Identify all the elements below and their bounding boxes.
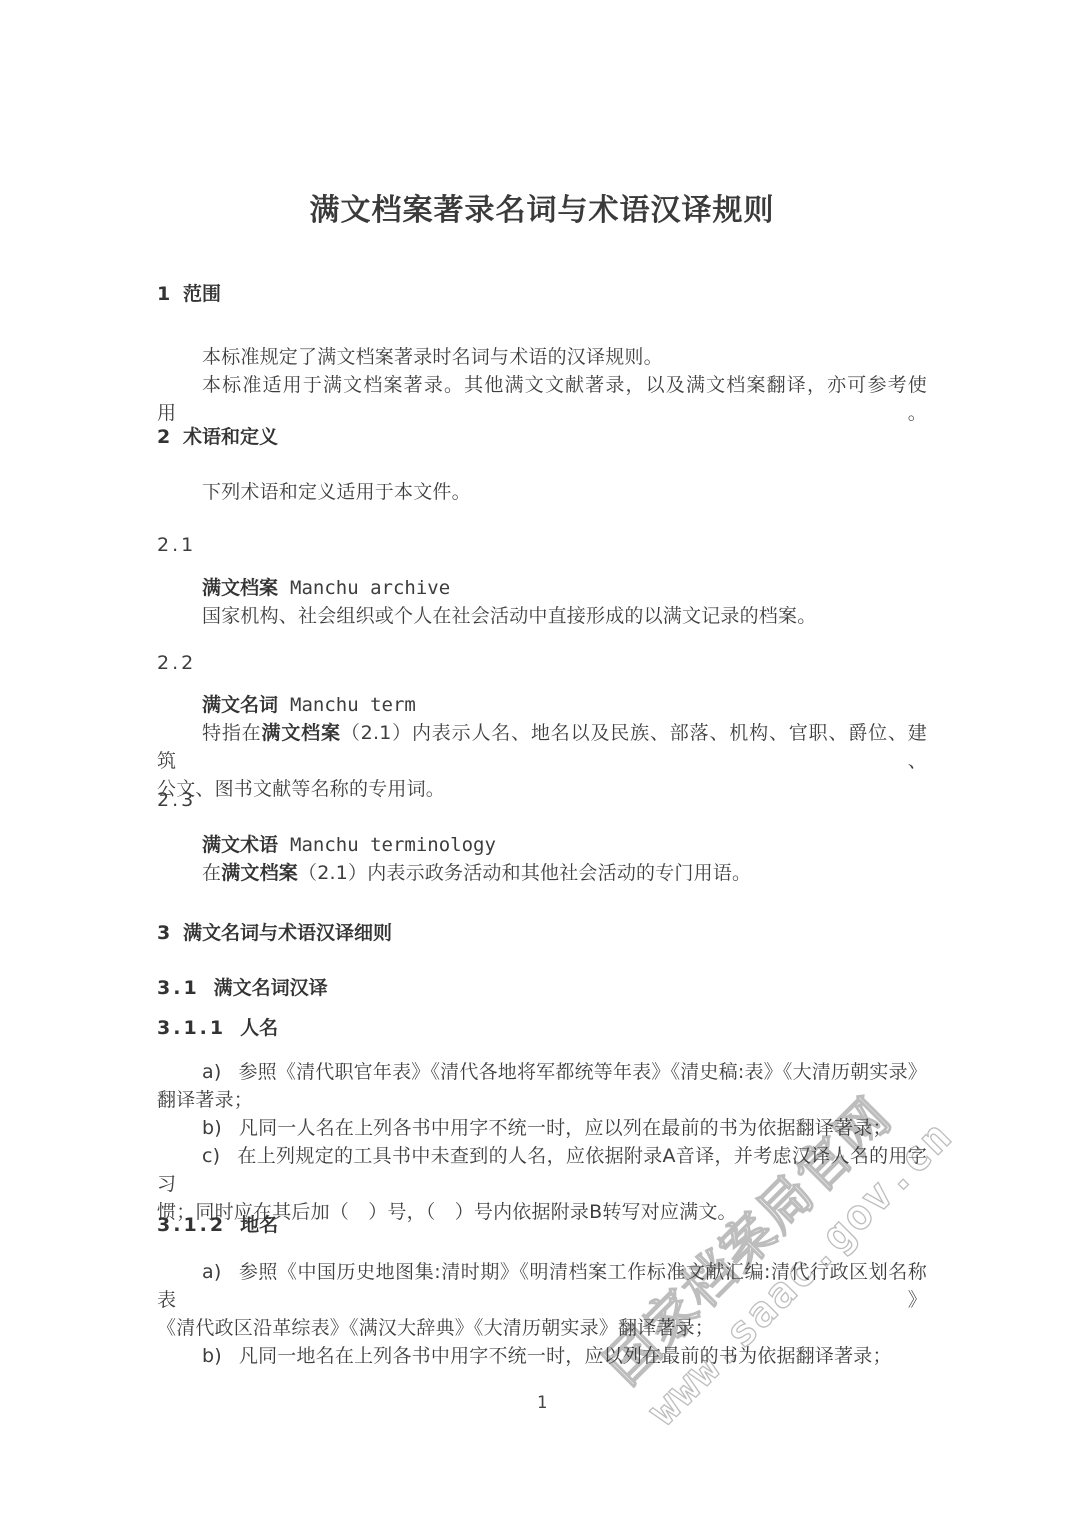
section-3-title: 满文名词与术语汉译细则: [183, 922, 392, 944]
def-text: 在: [202, 862, 221, 884]
section-3-number: 3: [157, 919, 183, 947]
page-number: 1: [157, 1391, 927, 1415]
list-item-b: b)凡同一人名在上列各书中用字不统一时，应以列在最前的书为依据翻译著录；: [157, 1114, 927, 1142]
item-label: c): [202, 1145, 220, 1167]
def-text: 特指在: [202, 722, 262, 744]
section-2-number: 2: [157, 423, 183, 451]
term-2-2-head: 满文名词Manchu term: [157, 691, 927, 719]
item-label: b): [202, 1345, 222, 1367]
term-2-2-zh: 满文名词: [202, 694, 278, 716]
term-2-3-en: Manchu terminology: [290, 834, 496, 856]
section-3-1-title: 满文名词汉译: [214, 977, 328, 999]
term-2-3-zh: 满文术语: [202, 834, 278, 856]
list-item-a-continuation: 《清代政区沿革综表》《满汉大辞典》《大清历朝实录》翻译著录；: [157, 1314, 927, 1342]
section-1-title: 范围: [183, 283, 221, 305]
item-text: 参照《清代职官年表》《清代各地将军都统等年表》《清史稿:表》《大清历朝实录》: [238, 1061, 927, 1083]
term-2-1-head: 满文档案Manchu archive: [157, 574, 927, 602]
list-item-a: a)参照《清代职官年表》《清代各地将军都统等年表》《清史稿:表》《大清历朝实录》: [157, 1058, 927, 1086]
scope-paragraphs: 本标准规定了满文档案著录时名词与术语的汉译规则。 本标准适用于满文档案著录。其他…: [157, 343, 927, 427]
term-2-3-definition: 在满文档案（2.1）内表示政务活动和其他社会活动的专门用语。: [157, 859, 927, 887]
section-3-1-2-title: 地名: [240, 1214, 278, 1236]
scope-paragraph-2: 本标准适用于满文档案著录。其他满文文献著录，以及满文档案翻译，亦可参考使用。: [157, 371, 927, 427]
list-item-a: a)参照《中国历史地图集:清时期》《明清档案工作标准文献汇编:清代行政区划名称表…: [157, 1258, 927, 1314]
section-3-1-2-heading: 3.1.2地名: [157, 1211, 927, 1239]
term-2-1-number: 2.1: [157, 531, 927, 559]
section-2-heading: 2术语和定义: [157, 423, 927, 451]
term-2-1-en: Manchu archive: [290, 577, 450, 599]
term-2-1-definition: 国家机构、社会组织或个人在社会活动中直接形成的以满文记录的档案。: [157, 602, 927, 630]
item-label: a): [202, 1061, 221, 1083]
section-3-1-1-title: 人名: [240, 1017, 278, 1039]
document-page: 国家档案局官网 www.saac.gov.cn 满文档案著录名词与术语汉译规则 …: [0, 0, 1080, 1527]
item-text: 凡同一地名在上列各书中用字不统一时，应以列在最前的书为依据翻译著录；: [239, 1345, 892, 1367]
item-text: 在上列规定的工具书中未查到的人名，应依据附录A音译，并考虑汉译人名的用字习: [157, 1145, 927, 1195]
scope-paragraph-1: 本标准规定了满文档案著录时名词与术语的汉译规则。: [157, 343, 927, 371]
list-item-a-continuation: 翻译著录；: [157, 1086, 927, 1114]
section-3-1-1-number: 3.1.1: [157, 1017, 226, 1039]
term-2-2-number: 2.2: [157, 649, 927, 677]
term-2-1-zh: 满文档案: [202, 577, 278, 599]
term-2-2-definition-line-1: 特指在满文档案（2.1）内表示人名、地名以及民族、部落、机构、官职、爵位、建筑、: [157, 719, 927, 775]
def-text: （2.1）内表示政务活动和其他社会活动的专门用语。: [298, 862, 751, 884]
list-item-c: c)在上列规定的工具书中未查到的人名，应依据附录A音译，并考虑汉译人名的用字习: [157, 1142, 927, 1198]
terms-intro: 下列术语和定义适用于本文件。: [157, 478, 927, 506]
document-content: 满文档案著录名词与术语汉译规则 1范围 本标准规定了满文档案著录时名词与术语的汉…: [0, 0, 1080, 1527]
list-item-b: b)凡同一地名在上列各书中用字不统一时，应以列在最前的书为依据翻译著录；: [157, 1342, 927, 1370]
term-2-2-en: Manchu term: [290, 694, 416, 716]
item-text: 凡同一人名在上列各书中用字不统一时，应以列在最前的书为依据翻译著录；: [239, 1117, 892, 1139]
section-1-heading: 1范围: [157, 280, 927, 308]
section-2-title: 术语和定义: [183, 426, 278, 448]
term-2-3-head: 满文术语Manchu terminology: [157, 831, 927, 859]
section-3-1-heading: 3.1满文名词汉译: [157, 974, 927, 1002]
document-title: 满文档案著录名词与术语汉译规则: [157, 190, 927, 232]
def-bold-term: 满文档案: [221, 862, 298, 884]
section-3-1-2-number: 3.1.2: [157, 1214, 226, 1236]
item-text: 参照《中国历史地图集:清时期》《明清档案工作标准文献汇编:清代行政区划名称表》: [157, 1261, 927, 1311]
person-name-rule-list: a)参照《清代职官年表》《清代各地将军都统等年表》《清史稿:表》《大清历朝实录》…: [157, 1058, 927, 1226]
section-3-heading: 3满文名词与术语汉译细则: [157, 919, 927, 947]
place-name-rule-list: a)参照《中国历史地图集:清时期》《明清档案工作标准文献汇编:清代行政区划名称表…: [157, 1258, 927, 1370]
section-1-number: 1: [157, 280, 183, 308]
term-2-3-number: 2.3: [157, 786, 927, 814]
section-3-1-number: 3.1: [157, 977, 200, 999]
def-bold-term: 满文档案: [262, 722, 341, 744]
item-label: a): [202, 1261, 221, 1283]
item-label: b): [202, 1117, 222, 1139]
section-3-1-1-heading: 3.1.1人名: [157, 1014, 927, 1042]
